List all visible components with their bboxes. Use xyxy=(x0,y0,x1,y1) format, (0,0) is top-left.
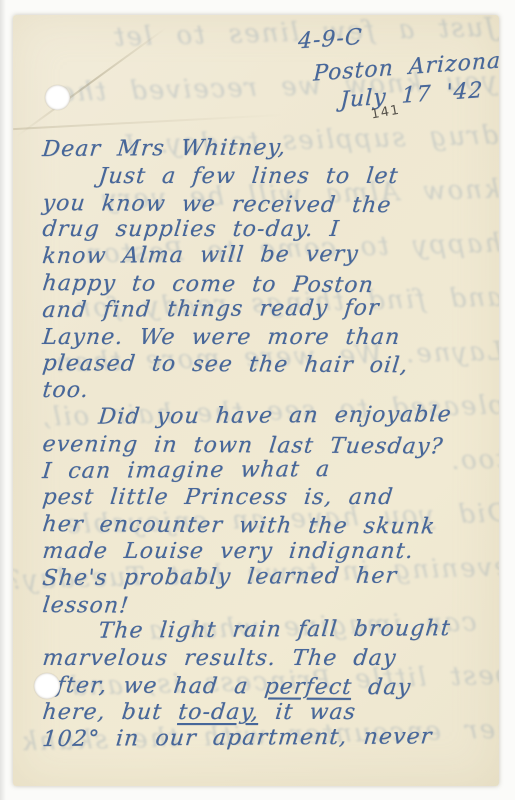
letter-line-segment: here, but xyxy=(41,700,179,725)
letter-line-segment: and find things ready for xyxy=(41,295,381,322)
letter-line: Layne. We were more than xyxy=(41,325,499,352)
letter-line-segment: pleased to see the hair oil, xyxy=(41,351,410,378)
hole-punch-bottom xyxy=(34,673,60,699)
letter-line: made Louise very indignant. xyxy=(41,539,499,566)
letter-line: her encounter with the skunk xyxy=(41,512,499,542)
letter-line-segment: She's probably learned her xyxy=(41,563,398,590)
letter-line: Did you have an enjoyable xyxy=(41,402,499,432)
letter-line: know Alma will be very xyxy=(41,241,499,271)
letter-line-segment: Layne. We were more than xyxy=(41,325,402,350)
letter-line-segment: her encounter with the skunk xyxy=(41,512,437,539)
letter-line-segment: know Alma will be very xyxy=(41,242,360,269)
letter-line: Dear Mrs Whitney, xyxy=(41,134,499,164)
letter-paper: Just a few lines to letyou know we recei… xyxy=(13,15,499,786)
letter-line-segment: it was xyxy=(258,700,357,725)
letter-line: Just a few lines to let xyxy=(41,164,499,191)
letter-line-segment: made Louise very indignant. xyxy=(41,539,415,564)
letter-line: 102° in our apartment, never xyxy=(41,723,499,753)
underlined-word: to-day, xyxy=(177,700,261,725)
letter-line: The light rain fall brought xyxy=(41,616,499,646)
letter-line-segment: drug supplies to-day. I xyxy=(41,217,341,242)
hole-punch-top xyxy=(45,85,70,110)
letter-line-segment: lesson! xyxy=(41,593,130,619)
letter-line-segment: I can imagine what a xyxy=(41,457,331,484)
scanned-letter-screenshot: { "letter": { "header": { "address_line"… xyxy=(0,0,515,800)
letter-line-segment: day xyxy=(351,675,413,700)
underlined-word: perfect xyxy=(263,674,353,700)
letter-line: She's probably learned her xyxy=(41,563,499,593)
letter-line: drug supplies to-day. I xyxy=(41,217,499,244)
letter-line-segment: too. xyxy=(41,378,90,403)
letter-line: too. xyxy=(41,378,499,405)
letter-line-segment: The light rain fall brought xyxy=(97,616,452,643)
address-line: 4-9-C xyxy=(298,25,363,55)
letter-line: and find things ready for xyxy=(41,295,499,325)
letter-line-segment: marvelous results. The day xyxy=(41,646,398,671)
letter-line-segment: Did you have an enjoyable xyxy=(97,402,453,429)
letter-line: I can imagine what a xyxy=(41,455,499,485)
letter-line: you know we received the xyxy=(41,191,499,221)
letter-line: pest little Princess is, and xyxy=(41,485,499,512)
letter-line-segment: evening in town last Tuesday? xyxy=(41,432,444,459)
letter-line-segment: 102° in our apartment, never xyxy=(41,724,433,752)
letter-line-segment: happy to come to Poston xyxy=(41,271,375,298)
letter-line-segment: Just a few lines to let xyxy=(97,164,400,189)
scanner-edge-shadow xyxy=(0,0,6,800)
letter-line-segment: after, we had a xyxy=(41,673,266,699)
letter-line-segment: you know we received the xyxy=(41,191,393,218)
letter-line-segment: Dear Mrs Whitney, xyxy=(41,135,287,162)
letter-line: after, we had a perfect day xyxy=(41,673,499,703)
letter-line: here, but to-day, it was xyxy=(41,700,499,727)
letter-line-segment: pest little Princess is, and xyxy=(41,485,395,510)
letter-line: pleased to see the hair oil, xyxy=(41,351,499,381)
letter-body: Dear Mrs Whitney,Just a few lines to let… xyxy=(41,137,496,753)
letter-line: marvelous results. The day xyxy=(41,646,499,673)
